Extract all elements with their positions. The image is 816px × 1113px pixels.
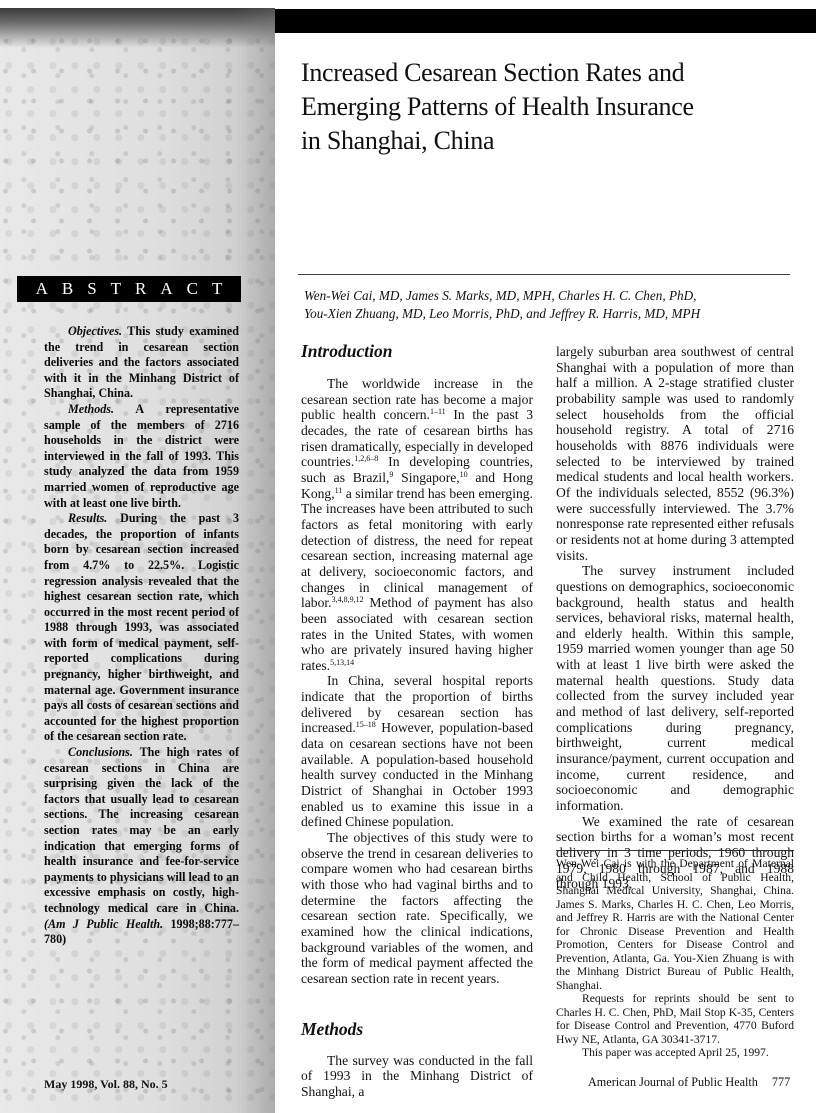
body-column-1: Introduction The worldwide increase in t… — [301, 340, 533, 1100]
text-run: Singapore, — [393, 470, 459, 485]
abstract-methods: Methods. A representative sample of the … — [44, 402, 239, 511]
abstract-label: Results. — [68, 511, 107, 525]
abstract-paragraph-text: A representative sample of the members o… — [44, 402, 239, 510]
page-footer: American Journal of Public Health777 — [588, 1075, 790, 1090]
intro-paragraph-3: The objectives of this study were to obs… — [301, 830, 533, 987]
methods-paragraph-2: The survey instrument included questions… — [556, 563, 794, 814]
author-line: You-Xien Zhuang, MD, Leo Morris, PhD, an… — [304, 306, 700, 321]
footnote-reprints: Requests for reprints should be sent to … — [556, 992, 794, 1046]
citation-journal: (Am J Public Health. — [44, 917, 163, 931]
methods-paragraph-1-start: The survey was conducted in the fall of … — [301, 1053, 533, 1100]
author-list: Wen-Wei Cai, MD, James S. Marks, MD, MPH… — [304, 287, 804, 323]
section-heading-introduction: Introduction — [301, 340, 533, 362]
citation-ref: 1,2,6–8 — [354, 454, 378, 463]
abstract-heading: ABSTRACT — [22, 279, 237, 299]
header-black-bar — [275, 9, 816, 33]
page-number: 777 — [772, 1075, 790, 1089]
citation-ref: 3,4,8,9,12 — [332, 595, 364, 604]
citation-ref: 15–18 — [356, 720, 376, 729]
title-line: in Shanghai, China — [301, 126, 494, 155]
title-line: Emerging Patterns of Health Insurance — [301, 92, 694, 121]
abstract-conclusions: Conclusions. The high rates of cesarean … — [44, 745, 239, 948]
citation-ref: 1–11 — [430, 407, 446, 416]
citation-ref: 5,13,14 — [330, 658, 354, 667]
intro-paragraph-1: The worldwide increase in the cesarean s… — [301, 376, 533, 673]
author-line: Wen-Wei Cai, MD, James S. Marks, MD, MPH… — [304, 288, 696, 303]
abstract-paragraph-text: During the past 3 decades, the proportio… — [44, 511, 239, 743]
abstract-heading-bar: ABSTRACT — [17, 276, 241, 302]
body-column-2: largely suburban area southwest of centr… — [556, 344, 794, 892]
footnote-divider — [556, 850, 794, 851]
journal-name: American Journal of Public Health — [588, 1075, 758, 1089]
article-title: Increased Cesarean Section Rates and Eme… — [301, 56, 781, 158]
footnote-accepted: This paper was accepted April 25, 1997. — [556, 1046, 794, 1060]
text-run: However, population-based data on cesare… — [301, 720, 533, 829]
abstract-text: Objectives. This study examined the tren… — [44, 324, 239, 948]
section-heading-methods: Methods — [301, 1018, 533, 1040]
intro-paragraph-2: In China, several hospital reports indic… — [301, 673, 533, 830]
abstract-label: Objectives. — [68, 324, 122, 338]
author-footnote: Wen-Wei Cai is with the Department of Ma… — [556, 857, 794, 1060]
footnote-affiliations: Wen-Wei Cai is with the Department of Ma… — [556, 857, 794, 992]
abstract-paragraph-text: The high rates of cesarean sections in C… — [44, 745, 239, 915]
abstract-label: Conclusions. — [68, 745, 133, 759]
abstract-label: Methods. — [68, 402, 114, 416]
citation-ref: 10 — [460, 470, 468, 479]
abstract-objectives: Objectives. This study examined the tren… — [44, 324, 239, 402]
issue-info: May 1998, Vol. 88, No. 5 — [44, 1077, 168, 1092]
title-line: Increased Cesarean Section Rates and — [301, 58, 684, 87]
text-run: a similar trend has been emerging. The i… — [301, 486, 533, 611]
methods-paragraph-1-continued: largely suburban area southwest of centr… — [556, 344, 794, 563]
abstract-results: Results. During the past 3 decades, the … — [44, 511, 239, 745]
title-divider — [298, 274, 790, 275]
